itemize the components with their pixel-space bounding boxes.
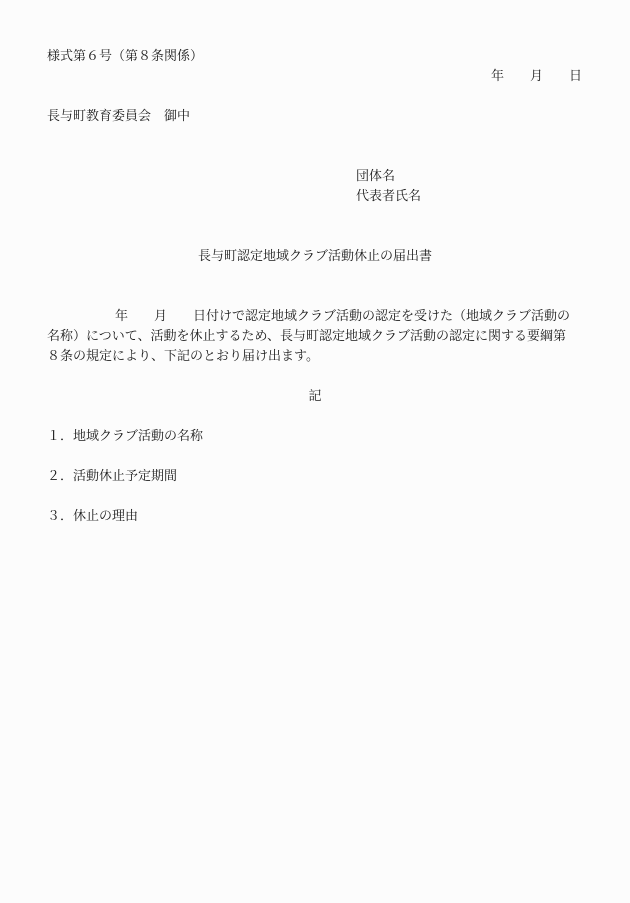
- body-paragraph: 年月日付けで認定地域クラブ活動の認定を受けた（地域クラブ活動の 名称）について、…: [47, 307, 584, 367]
- item-label: 休止の理由: [73, 509, 138, 524]
- document-title: 長与町認定地域クラブ活動休止の届出書: [0, 247, 630, 267]
- item-number: ２．: [47, 467, 73, 487]
- body-year: 年: [115, 309, 128, 324]
- list-item: １．地域クラブ活動の名称: [47, 427, 203, 447]
- date-line: 年月日: [491, 67, 582, 87]
- ki-heading: 記: [0, 387, 630, 407]
- item-label: 活動休止予定期間: [73, 469, 177, 484]
- body-line-2: 名称）について、活動を休止するため、長与町認定地域クラブ活動の認定に関する要綱第: [47, 327, 584, 347]
- year-label: 年: [491, 67, 504, 87]
- day-label: 日: [569, 67, 582, 87]
- item-label: 地域クラブ活動の名称: [73, 429, 203, 444]
- list-item: ３．休止の理由: [47, 507, 138, 527]
- month-label: 月: [530, 67, 543, 87]
- item-number: １．: [47, 427, 73, 447]
- body-line-1-rest: 日付けで認定地域クラブ活動の認定を受けた（地域クラブ活動の: [193, 309, 570, 324]
- form-number: 様式第６号（第８条関係）: [47, 47, 203, 67]
- list-item: ２．活動休止予定期間: [47, 467, 177, 487]
- recipient: 長与町教育委員会 御中: [47, 107, 190, 127]
- body-line-3: ８条の規定により、下記のとおり届け出ます。: [47, 347, 584, 367]
- body-month: 月: [154, 309, 167, 324]
- item-number: ３．: [47, 507, 73, 527]
- representative-name-label: 代表者氏名: [356, 187, 421, 207]
- org-name-label: 団体名: [356, 167, 395, 187]
- body-line-1: 年月日付けで認定地域クラブ活動の認定を受けた（地域クラブ活動の: [47, 307, 584, 327]
